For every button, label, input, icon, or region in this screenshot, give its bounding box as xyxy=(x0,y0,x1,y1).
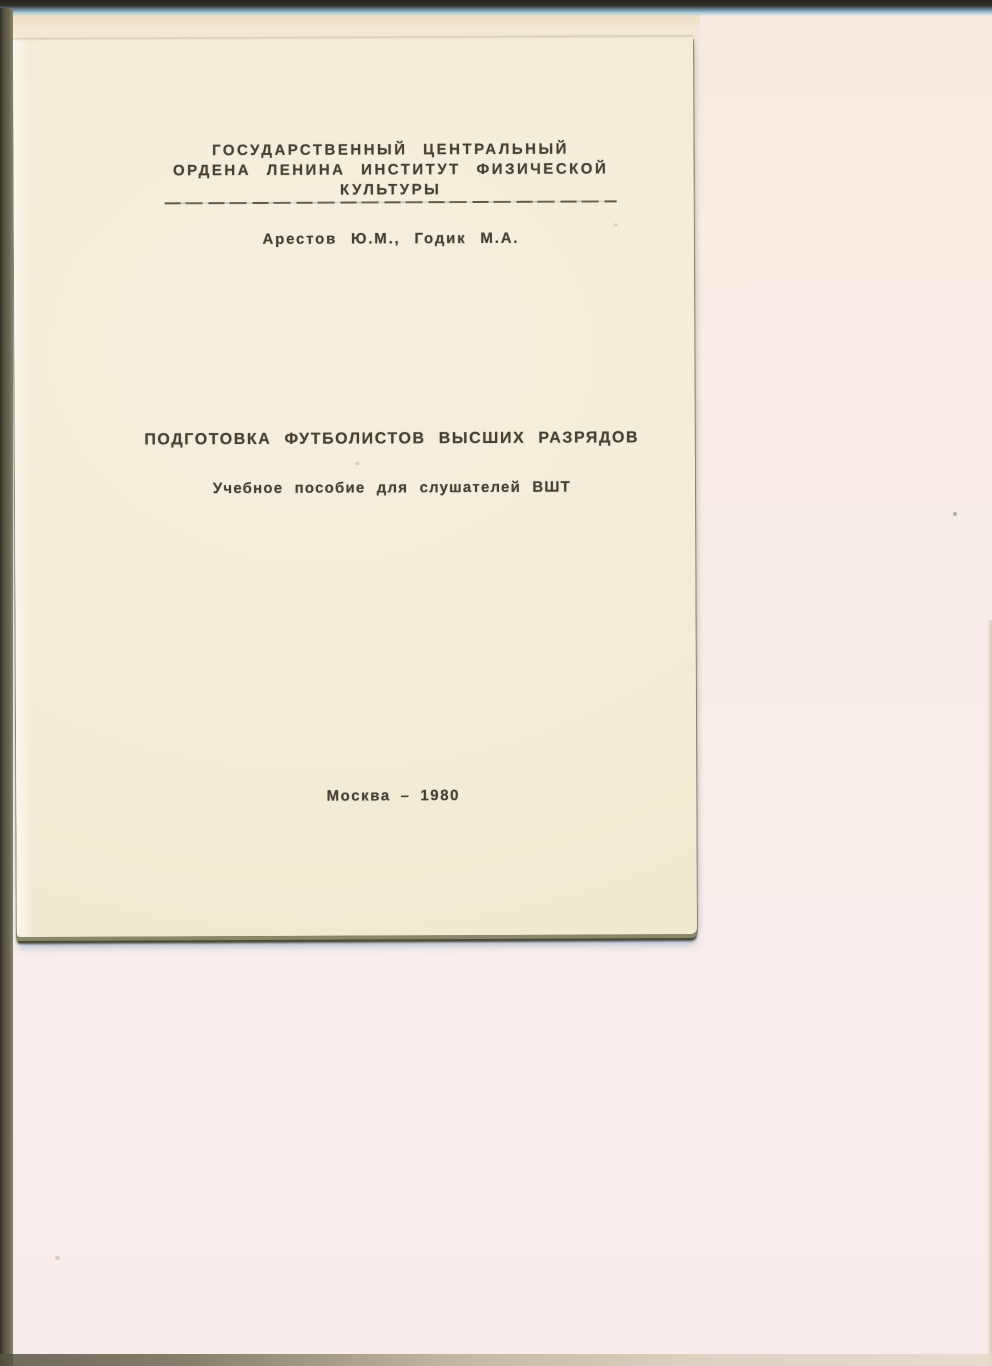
book-title: ПОДГОТОВКА ФУТБОЛИСТОВ ВЫСШИХ РАЗРЯДОВ xyxy=(101,429,683,450)
institution-line2: ОРДЕНА ЛЕНИНА ИНСТИТУТ ФИЗИЧЕСКОЙ xyxy=(173,160,608,179)
paper-speck xyxy=(355,461,360,465)
paper-speck xyxy=(55,1256,60,1260)
scanner-top-edge xyxy=(0,0,992,16)
institution-name: ГОСУДАРСТВЕННЫЙ ЦЕНТРАЛЬНЫЙ ОРДЕНА ЛЕНИН… xyxy=(99,139,681,202)
scanner-left-edge xyxy=(0,8,13,1366)
book-cover: ГОСУДАРСТВЕННЫЙ ЦЕНТРАЛЬНЫЙ ОРДЕНА ЛЕНИН… xyxy=(13,35,697,937)
cover-print-area: ГОСУДАРСТВЕННЫЙ ЦЕНТРАЛЬНЫЙ ОРДЕНА ЛЕНИН… xyxy=(99,35,685,937)
institution-line3: КУЛЬТУРЫ xyxy=(340,181,441,198)
authors-line: Арестов Ю.М., Годик М.А. xyxy=(100,229,682,249)
cover-deckle-edge xyxy=(13,38,33,937)
scanner-bottom-edge xyxy=(0,1354,992,1366)
scanner-right-edge xyxy=(987,620,992,1366)
institution-line1: ГОСУДАРСТВЕННЫЙ ЦЕНТРАЛЬНЫЙ xyxy=(212,141,569,160)
imprint-line: Москва – 1980 xyxy=(102,786,684,806)
paper-speck xyxy=(953,512,957,516)
paper-speck xyxy=(614,223,618,226)
scanned-page: ГОСУДАРСТВЕННЫЙ ЦЕНТРАЛЬНЫЙ ОРДЕНА ЛЕНИН… xyxy=(0,0,992,1366)
book-subtitle: Учебное пособие для слушателей ВШТ xyxy=(101,478,683,498)
